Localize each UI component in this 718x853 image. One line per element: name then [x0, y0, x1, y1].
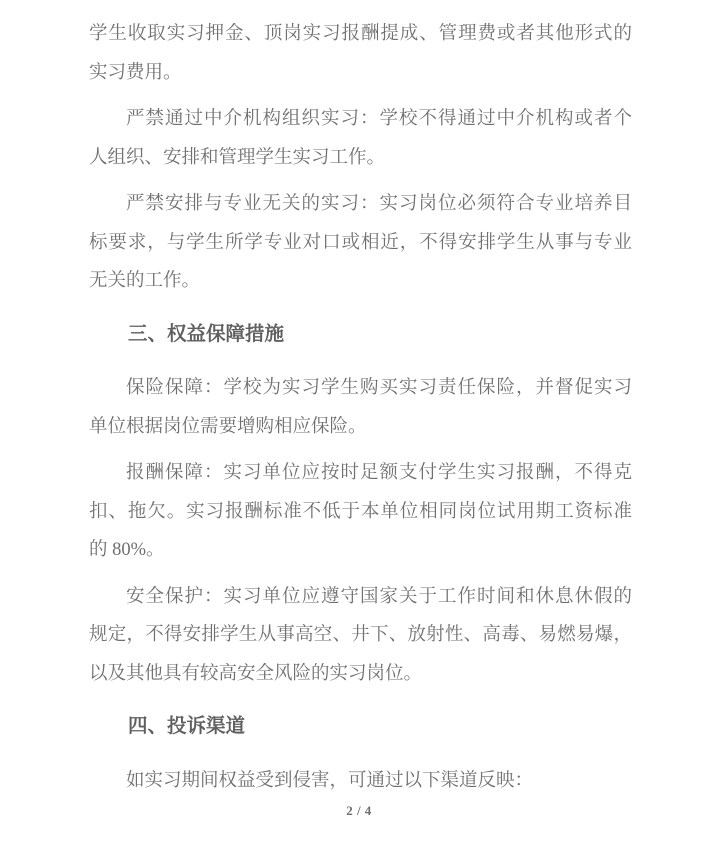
text-line: 安全保护：实习单位应遵守国家关于工作时间和休息休假的: [89, 578, 632, 617]
body-paragraph: 安全保护：实习单位应遵守国家关于工作时间和休息休假的规定，不得安排学生从事高空、…: [89, 578, 632, 694]
text-line: 报酬保障：实习单位应按时足额支付学生实习报酬，不得克: [89, 454, 632, 493]
text-line: 人组织、安排和管理学生实习工作。: [89, 139, 632, 178]
text-line: 如实习期间权益受到侵害，可通过以下渠道反映：: [89, 762, 632, 801]
body-paragraph: 如实习期间权益受到侵害，可通过以下渠道反映：: [89, 762, 632, 801]
text-line: 实习费用。: [89, 54, 632, 93]
document-content: 学生收取实习押金、顶岗实习报酬提成、管理费或者其他形式的实习费用。严禁通过中介机…: [89, 15, 632, 808]
text-line: 严禁通过中介机构组织实习：学校不得通过中介机构或者个: [89, 100, 632, 139]
text-line: 严禁安排与专业无关的实习：实习岗位必须符合专业培养目: [89, 185, 632, 224]
text-line: 规定，不得安排学生从事高空、井下、放射性、高毒、易燃易爆，: [89, 616, 632, 655]
page-footer: 2 / 4: [0, 802, 718, 820]
document-page: 学生收取实习押金、顶岗实习报酬提成、管理费或者其他形式的实习费用。严禁通过中介机…: [0, 0, 718, 853]
body-paragraph: 报酬保障：实习单位应按时足额支付学生实习报酬，不得克扣、拖欠。实习报酬标准不低于…: [89, 454, 632, 570]
text-line: 三、权益保障措施: [89, 315, 632, 354]
text-line: 四、投诉渠道: [89, 707, 632, 746]
body-paragraph: 学生收取实习押金、顶岗实习报酬提成、管理费或者其他形式的实习费用。: [89, 15, 632, 92]
text-line: 保险保障：学校为实习学生购买实习责任保险，并督促实习: [89, 369, 632, 408]
text-line: 以及其他具有较高安全风险的实习岗位。: [89, 655, 632, 694]
page-number: 2 / 4: [346, 803, 372, 818]
section-heading: 三、权益保障措施: [89, 315, 632, 354]
text-line: 标要求，与学生所学专业对口或相近，不得安排学生从事与专业: [89, 224, 632, 263]
body-paragraph: 严禁安排与专业无关的实习：实习岗位必须符合专业培养目标要求，与学生所学专业对口或…: [89, 185, 632, 301]
text-line: 扣、拖欠。实习报酬标准不低于本单位相同岗位试用期工资标准: [89, 493, 632, 532]
text-line: 单位根据岗位需要增购相应保险。: [89, 408, 632, 447]
body-paragraph: 保险保障：学校为实习学生购买实习责任保险，并督促实习单位根据岗位需要增购相应保险…: [89, 369, 632, 446]
text-line: 的 80%。: [89, 531, 632, 570]
text-line: 学生收取实习押金、顶岗实习报酬提成、管理费或者其他形式的: [89, 15, 632, 54]
section-heading: 四、投诉渠道: [89, 707, 632, 746]
body-paragraph: 严禁通过中介机构组织实习：学校不得通过中介机构或者个人组织、安排和管理学生实习工…: [89, 100, 632, 177]
text-line: 无关的工作。: [89, 262, 632, 301]
